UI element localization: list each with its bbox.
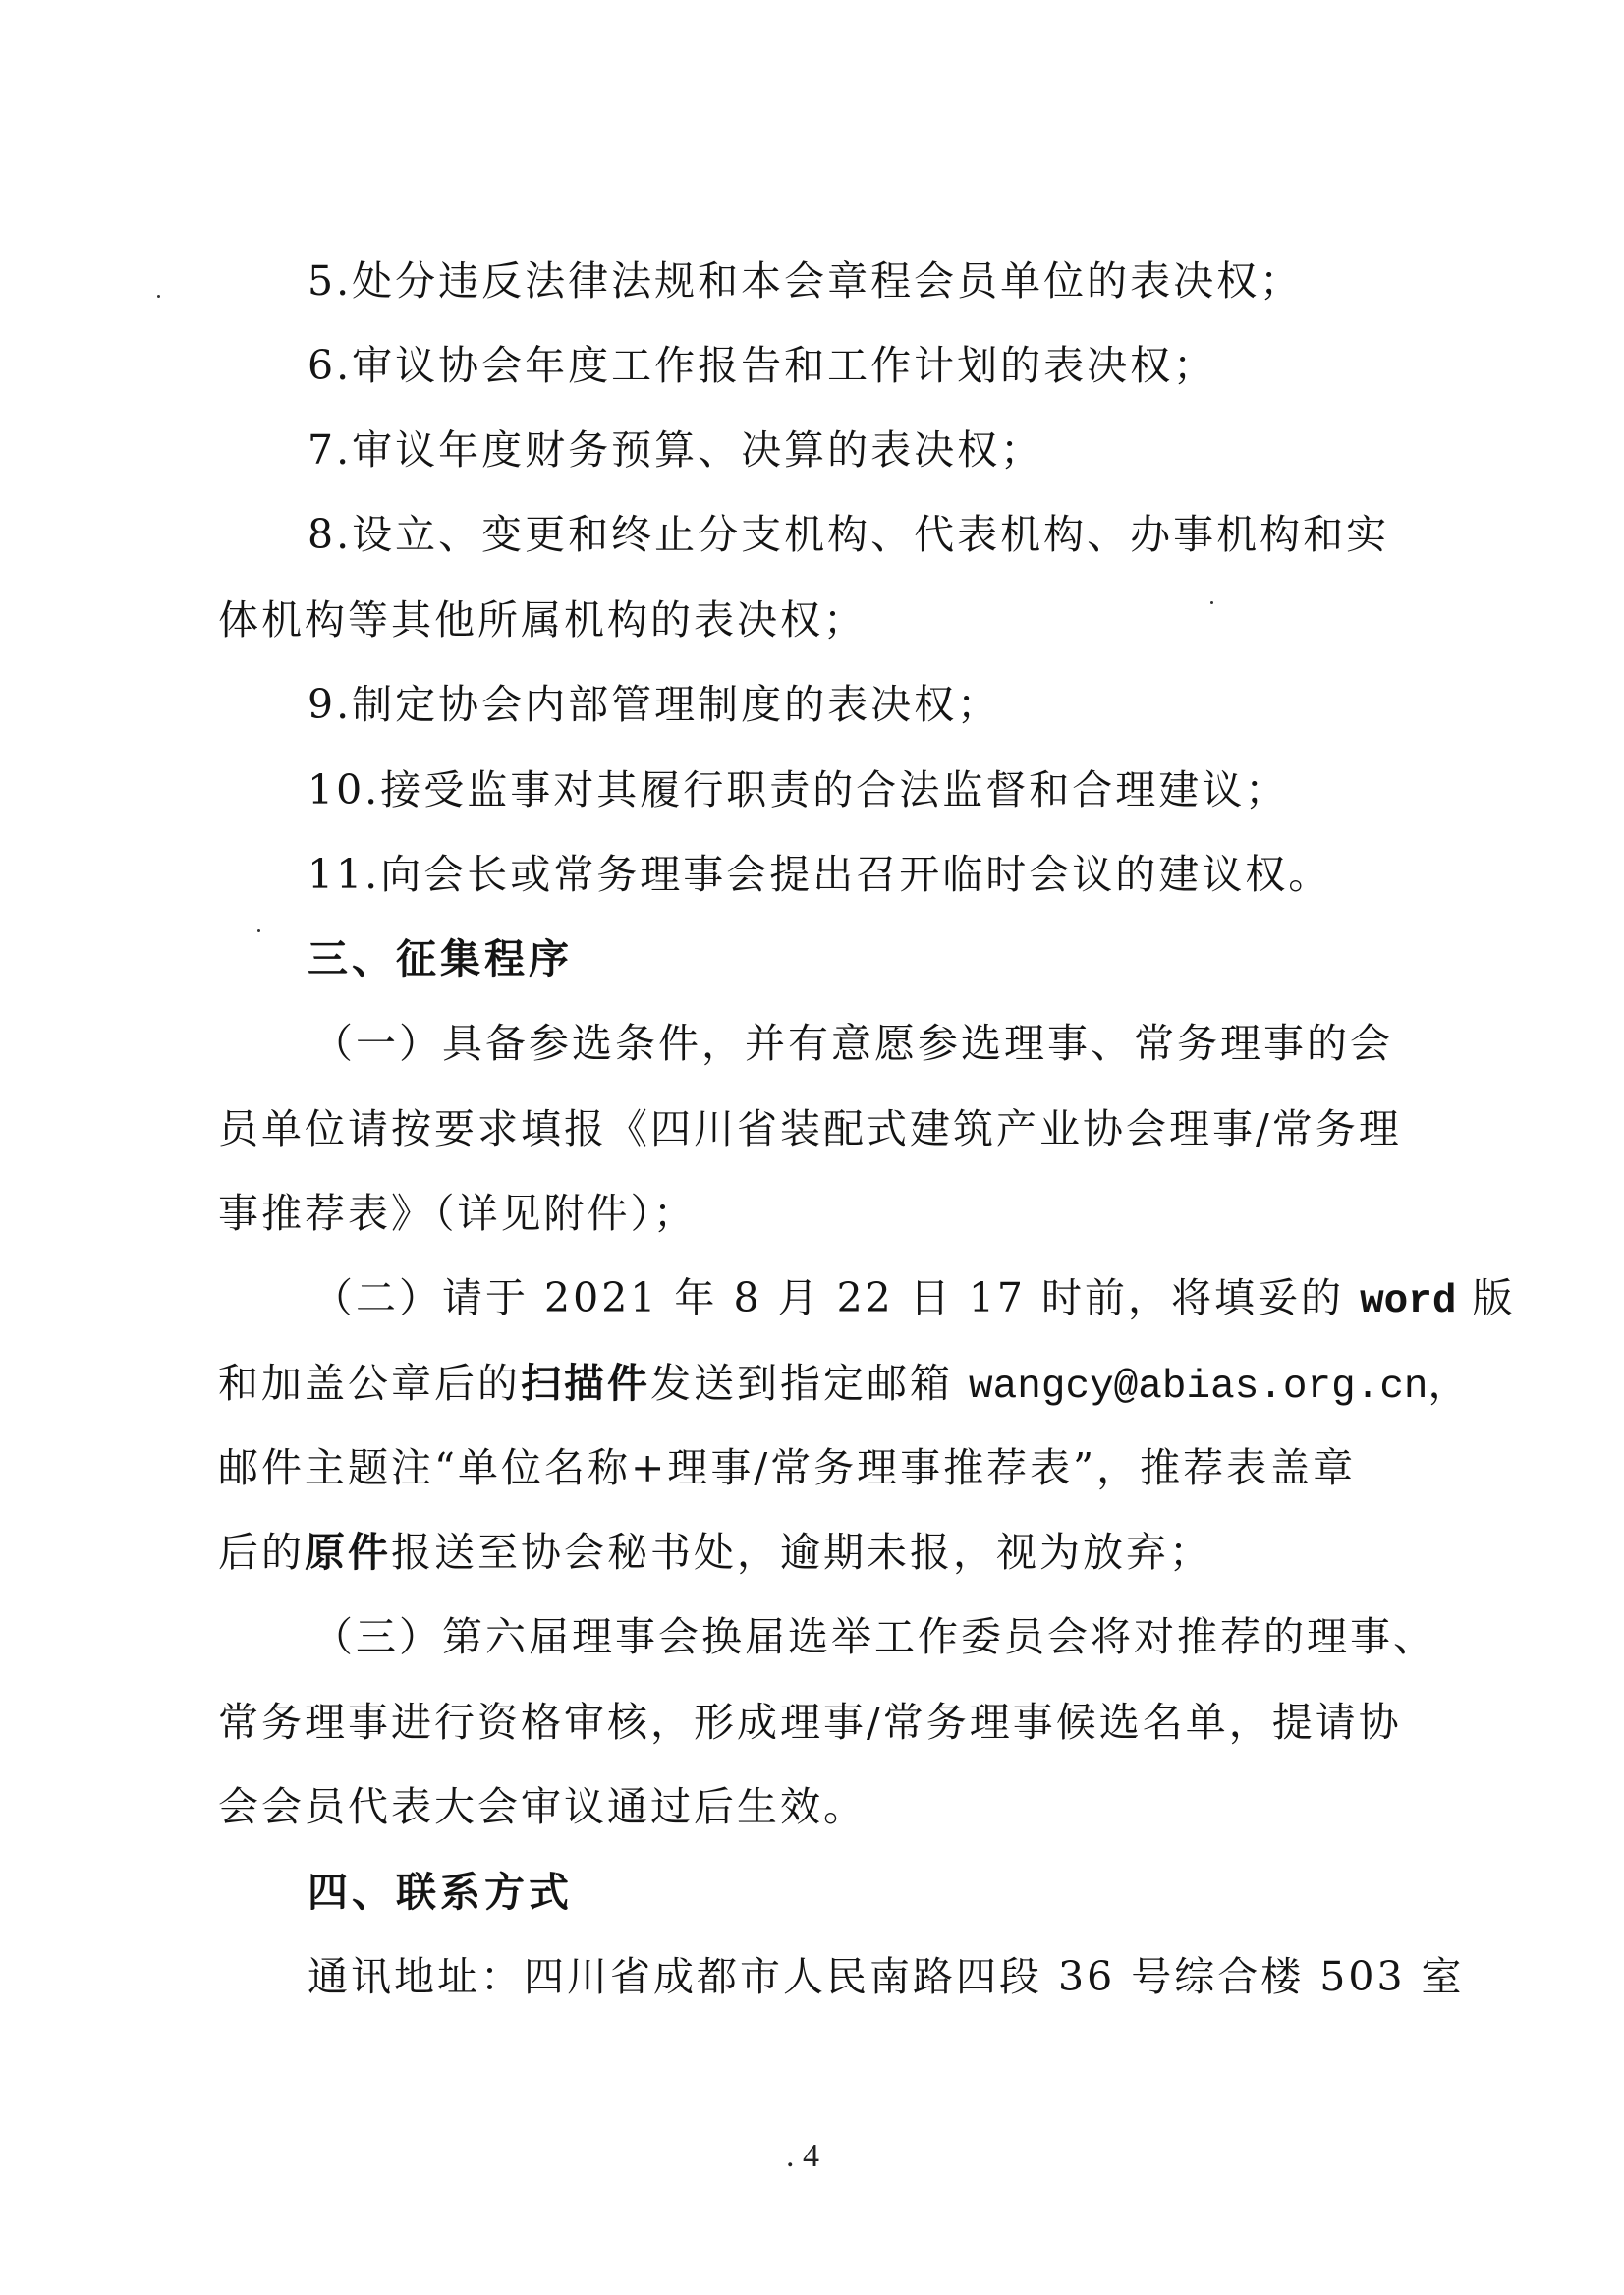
procedure-para-3-line-1: （三）第六届理事会换届选举工作委员会将对推荐的理事、 (312, 1609, 1436, 1664)
procedure-para-3-line-3: 会会员代表大会审议通过后生效。 (218, 1779, 867, 1834)
text-segment: 发送到指定邮箱 (650, 1360, 969, 1407)
text-segment: 报送至协会秘书处，逾期未报，视为放弃； (391, 1529, 1212, 1576)
page-number: . 4 (786, 2138, 819, 2175)
procedure-para-2-line-4: 后的原件报送至协会秘书处，逾期未报，视为放弃； (218, 1525, 1212, 1580)
bold-original-copy: 原件 (305, 1529, 391, 1576)
procedure-para-1-line-2: 员单位请按要求填报《四川省装配式建筑产业协会理事/常务理 (218, 1101, 1402, 1156)
list-item-6: 6.审议协会年度工作报告和工作计划的表决权； (308, 338, 1216, 393)
email-address[interactable]: wangcy@abias.org.cn (969, 1365, 1428, 1410)
procedure-para-2-line-3: 邮件主题注“单位名称+理事/常务理事推荐表”，推荐表盖章 (218, 1440, 1356, 1495)
procedure-para-1-line-3: 事推荐表》（详见附件）； (218, 1186, 697, 1241)
list-item-7: 7.审议年度财务预算、决算的表决权； (308, 422, 1043, 477)
text-segment: ， (1428, 1360, 1472, 1407)
procedure-para-3-line-2: 常务理事进行资格审核，形成理事/常务理事候选名单，提请协 (218, 1695, 1402, 1750)
scan-speck (1210, 601, 1213, 604)
section-heading-contact: 四、联系方式 (308, 1865, 573, 1920)
text-segment: 版 (1456, 1274, 1515, 1321)
procedure-para-2-line-2: 和加盖公章后的扫描件发送到指定邮箱 wangcy@abias.org.cn， (218, 1356, 1472, 1415)
text-segment: 和加盖公章后的 (218, 1360, 521, 1407)
scan-speck (257, 929, 260, 932)
text-segment: （二）请于 2021 年 8 月 22 日 17 时前，将填妥的 (312, 1274, 1360, 1321)
bold-word-format: word (1360, 1279, 1456, 1324)
procedure-para-1-line-1: （一）具备参选条件，并有意愿参选理事、常务理事的会 (312, 1016, 1393, 1071)
text-segment: 后的 (218, 1529, 305, 1576)
bold-scan-copy: 扫描件 (521, 1360, 650, 1407)
list-item-5: 5.处分违反法律法规和本会章程会员单位的表决权； (308, 253, 1303, 308)
scan-speck (157, 295, 160, 298)
list-item-11: 11.向会长或常务理事会提出召开临时会议的建议权。 (308, 847, 1331, 902)
contact-address: 通讯地址：四川省成都市人民南路四段 36 号综合楼 503 室 (308, 1949, 1465, 2004)
list-item-8-cont: 体机构等其他所属机构的表决权； (218, 592, 867, 647)
section-heading-procedure: 三、征集程序 (308, 931, 573, 986)
document-page: 5.处分违反法律法规和本会章程会员单位的表决权； 6.审议协会年度工作报告和工作… (0, 0, 1624, 2295)
list-item-10: 10.接受监事对其履行职责的合法监督和合理建议； (308, 762, 1288, 817)
procedure-para-2-line-1: （二）请于 2021 年 8 月 22 日 17 时前，将填妥的 word 版 (312, 1270, 1516, 1329)
list-item-8: 8.设立、变更和终止分支机构、代表机构、办事机构和实 (308, 507, 1389, 562)
list-item-9: 9.制定协会内部管理制度的表决权； (308, 677, 1000, 732)
